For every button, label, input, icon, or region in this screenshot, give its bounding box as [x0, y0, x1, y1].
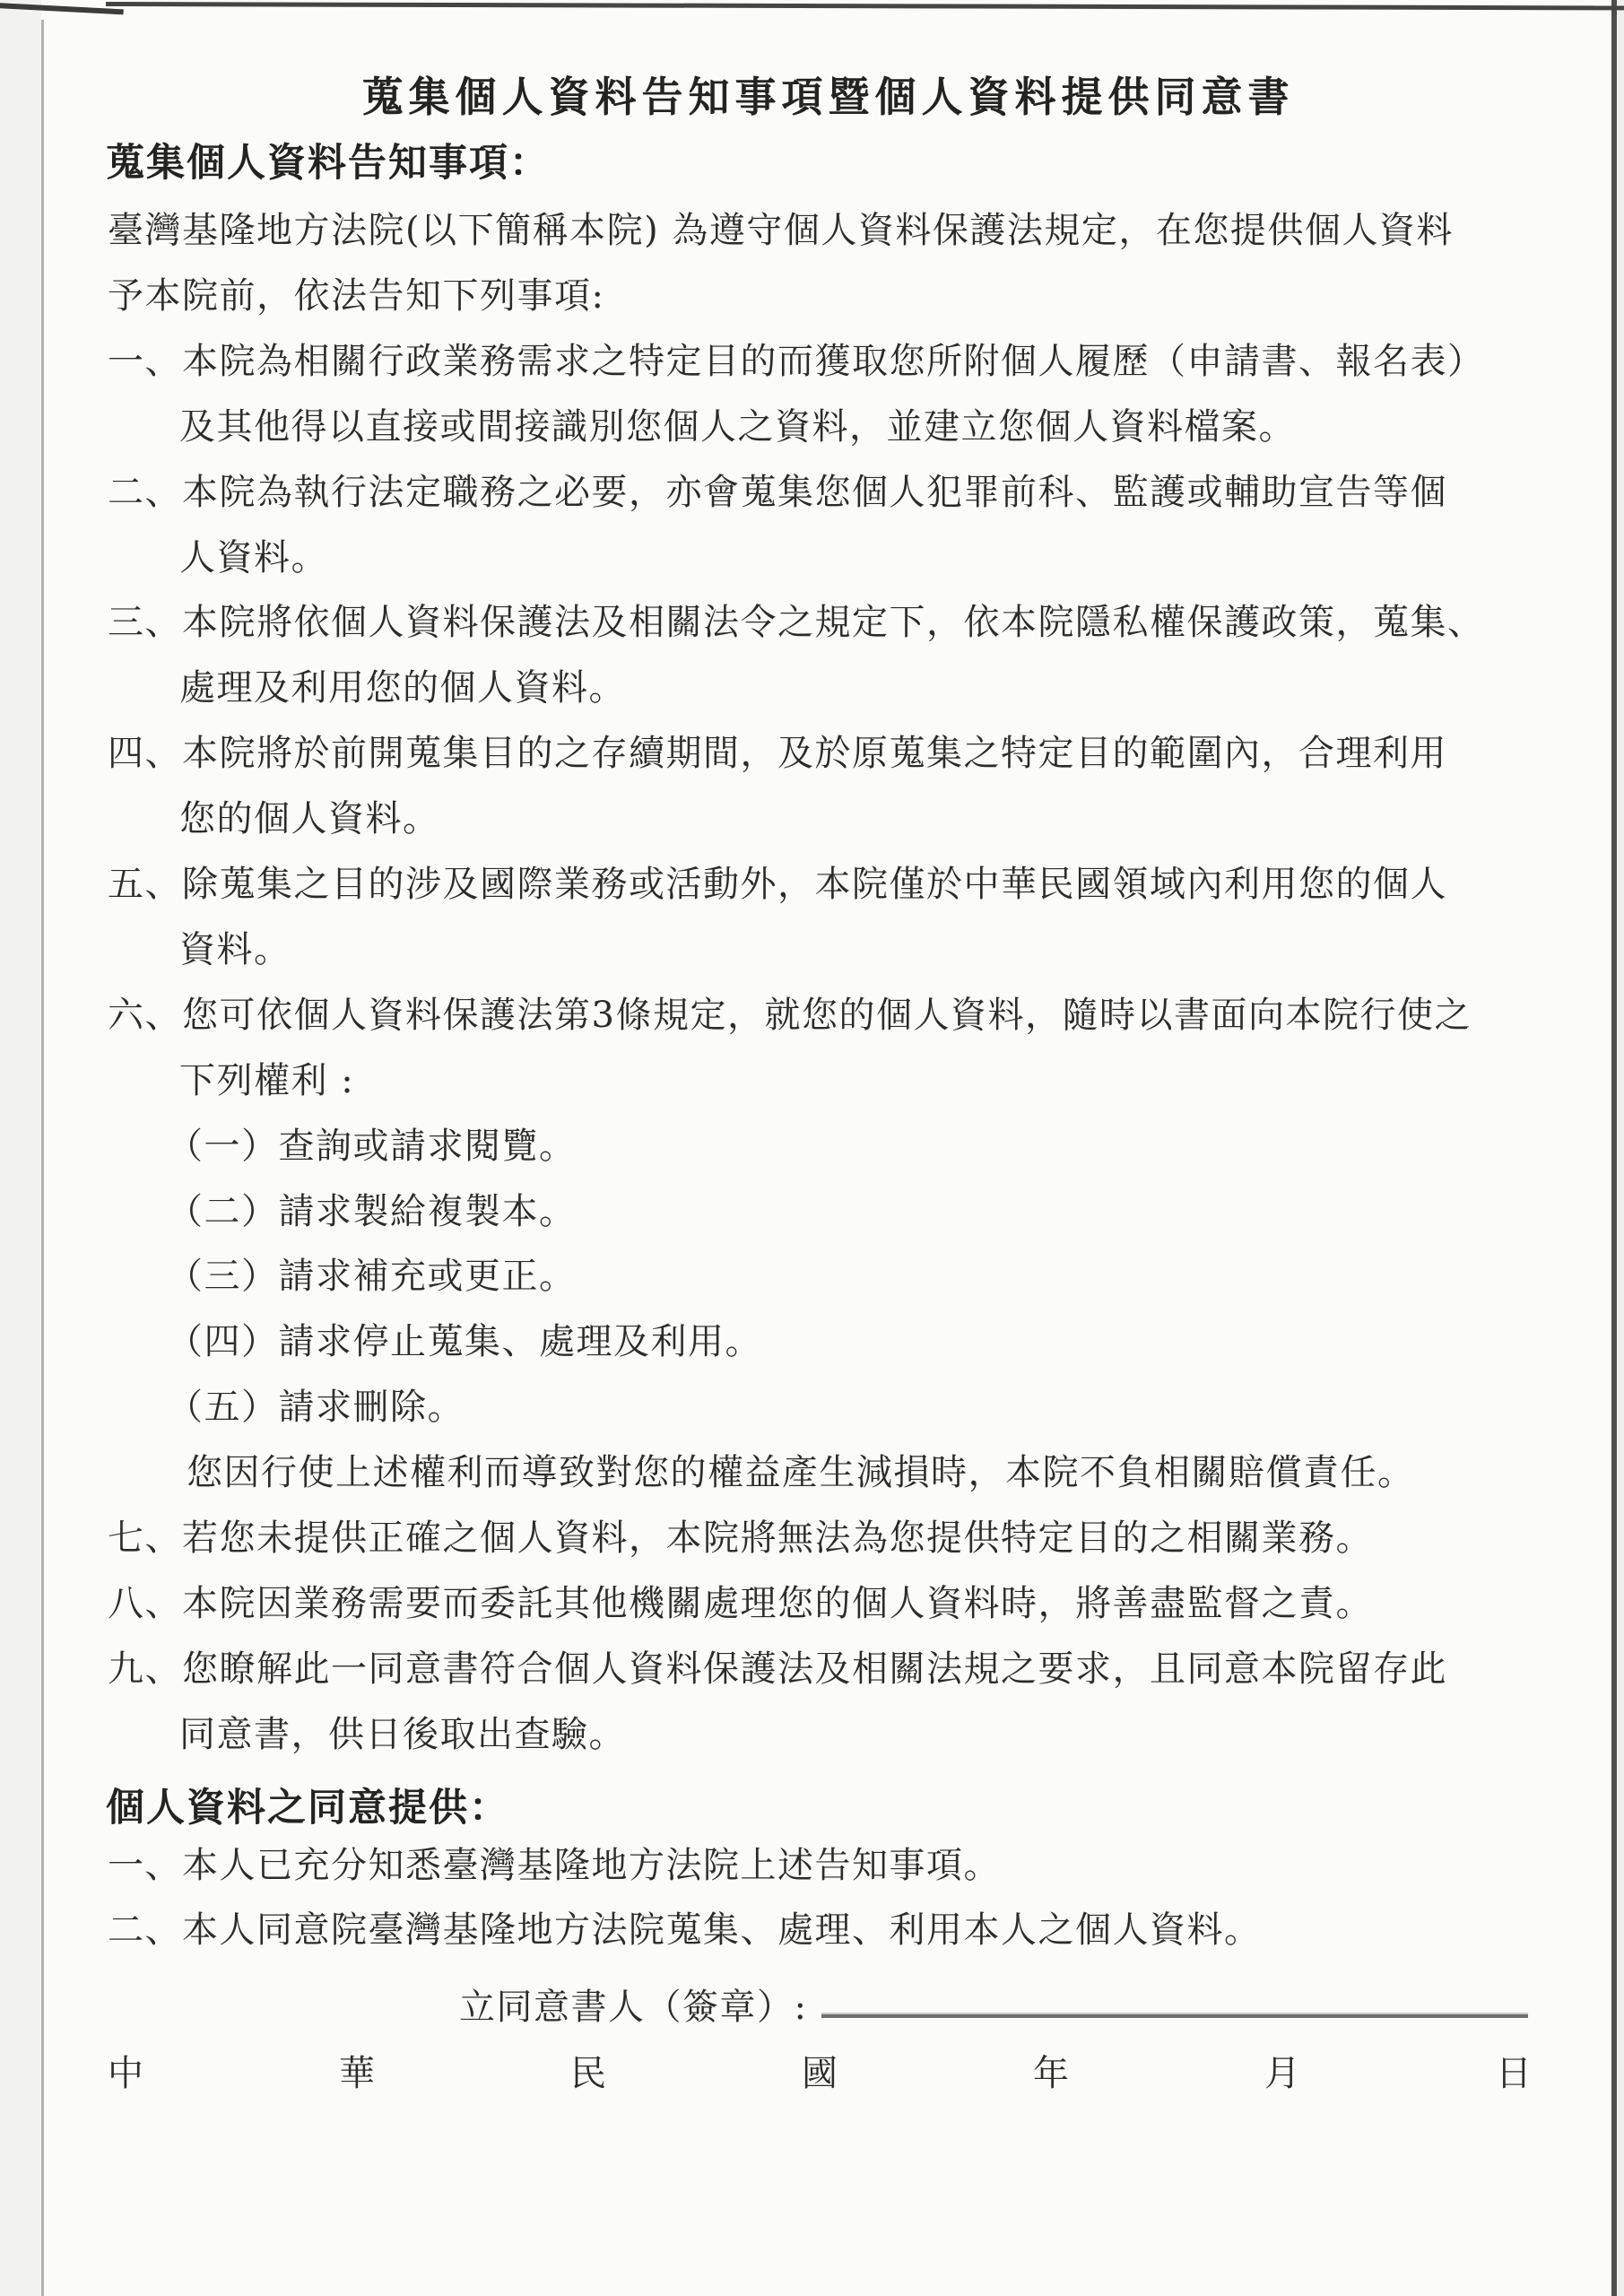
consent-line: 二、本人同意院臺灣基隆地方法院蒐集、處理、利用本人之個人資料。: [108, 1908, 1262, 1952]
notice-line: 四、本院將於前開蒐集目的之存續期間，及於原蒐集之特定目的範圍內，合理利用: [108, 731, 1447, 776]
scan-left-margin-strip: [0, 0, 41, 2296]
consent-line: 一、本人已充分知悉臺灣基隆地方法院上述告知事項。: [108, 1843, 1001, 1888]
scan-right-margin-strip: [1617, 0, 1624, 2296]
notice-line: 六、您可依個人資料保護法第3條規定，就您的個人資料，隨時以書面向本院行使之: [108, 993, 1472, 1038]
consent-section-heading: 個人資料之同意提供：: [106, 1778, 509, 1832]
notice-line: 七、若您未提供正確之個人資料，本院將無法為您提供特定目的之相關業務。: [108, 1516, 1373, 1561]
notice-line: 五、除蒐集之目的涉及國際業務或活動外，本院僅於中華民國領域內利用您的個人: [108, 862, 1447, 907]
signature-blank-line: [821, 2014, 1528, 2018]
date-char: 華: [339, 2045, 375, 2096]
notice-line: 處理及利用您的個人資料。: [179, 665, 626, 710]
signature-label: 立同意書人（簽章）:: [459, 1979, 807, 2030]
date-char: 國: [802, 2045, 838, 2096]
notice-line: （三）請求補充或更正。: [167, 1254, 577, 1299]
notice-line: 九、您瞭解此一同意書符合個人資料保護法及相關法規之要求，且同意本院留存此: [108, 1647, 1447, 1692]
notice-line: 及其他得以直接或間接識別您個人之資料，並建立您個人資料檔案。: [179, 404, 1296, 449]
date-char: 月: [1264, 2045, 1300, 2096]
scan-top-edge-line: [106, 2, 1624, 10]
notice-line: （五）請求刪除。: [167, 1385, 465, 1430]
notice-line: 臺灣基隆地方法院(以下簡稱本院) 為遵守個人資料保護法規定，在您提供個人資料: [108, 208, 1454, 253]
notice-line: 一、本院為相關行政業務需求之特定目的而獲取您所附個人履歷（申請書、報名表）: [108, 339, 1485, 384]
date-row: 中華民國年月日: [108, 2045, 1532, 2096]
date-char: 年: [1033, 2045, 1069, 2096]
notice-line: 三、本院將依個人資料保護法及相關法令之規定下，依本院隱私權保護政策，蒐集、: [108, 600, 1485, 645]
document-title: 蒐集個人資料告知事項暨個人資料提供同意書: [45, 65, 1611, 124]
notice-line: （二）請求製給複製本。: [167, 1189, 577, 1234]
scan-left-edge-line: [41, 20, 44, 2296]
date-char: 日: [1496, 2045, 1532, 2096]
notice-section-heading: 蒐集個人資料告知事項：: [106, 133, 550, 187]
notice-line: 下列權利 :: [179, 1058, 354, 1103]
notice-line: 同意書，供日後取出查驗。: [179, 1712, 626, 1757]
notice-line: 予本院前，依法告知下列事項:: [108, 274, 604, 318]
notice-line: 八、本院因業務需要而委託其他機關處理您的個人資料時，將善盡監督之責。: [108, 1581, 1373, 1626]
date-char: 民: [570, 2045, 606, 2096]
notice-line: （四）請求停止蒐集、處理及利用。: [167, 1319, 762, 1364]
date-char: 中: [108, 2045, 143, 2096]
notice-line: 您因行使上述權利而導致對您的權益產生減損時，本院不負相關賠償責任。: [187, 1450, 1415, 1495]
notice-line: （一）查詢或請求閱覽。: [167, 1124, 577, 1169]
notice-line: 人資料。: [179, 535, 328, 580]
scanned-document-page: 蒐集個人資料告知事項暨個人資料提供同意書 蒐集個人資料告知事項： 臺灣基隆地方法…: [0, 0, 1624, 2296]
notice-line: 資料。: [179, 927, 291, 972]
notice-line: 您的個人資料。: [179, 796, 440, 841]
notice-line: 二、本院為執行法定職務之必要，亦會蒐集您個人犯罪前科、監護或輔助宣告等個: [108, 470, 1447, 515]
